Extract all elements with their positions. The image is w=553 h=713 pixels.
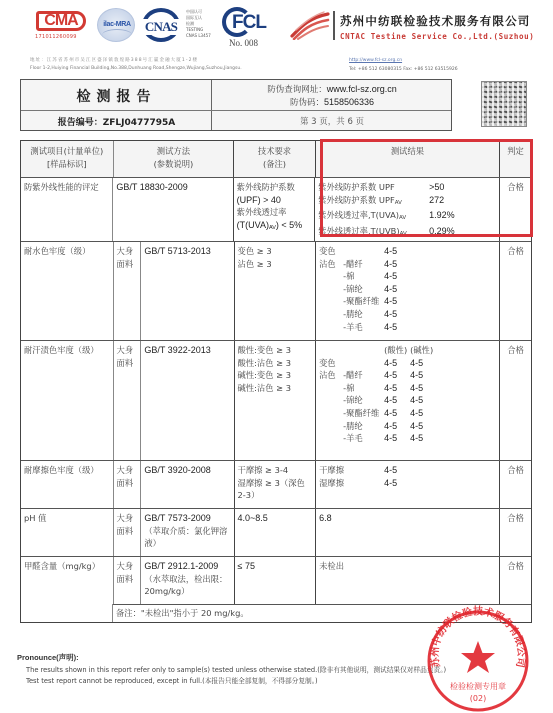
result-value [410,308,436,321]
result-fiber [343,245,384,258]
result-category [319,283,343,296]
requirement-line: 酸性:变色 ≥ 3 [238,344,313,357]
contact-info: Tel: +86 512 63080315 Fax: +86 512 63515… [349,67,458,72]
ilac-mra-logo: ilac-MRA [97,8,135,42]
result-category [319,432,343,445]
result-value: 1.92% [429,209,499,225]
result-value: 4-5 [384,382,410,395]
result-value: 4-5 [410,382,436,395]
result-value: 4-5 [384,394,410,407]
result-label: 紫外线防护系数 UPF [318,181,429,194]
result-value: 272 [429,194,499,210]
result-value [410,245,436,258]
verdict: 合格 [499,178,531,241]
result-value: 4-5 [384,283,410,296]
report-title: 检测报告 [21,86,212,106]
result-fiber: -腈纶 [343,308,384,321]
result-category [319,270,343,283]
result-category: 沾色 [319,369,343,382]
result-label: 紫外线透过率,T(UVB)AV [318,225,429,241]
result-fiber: -聚酯纤维 [343,295,384,308]
table-row: 耐汗渍色牢度（级） 大身面料 GB/T 3922-2013 酸性:变色 ≥ 3酸… [21,340,531,460]
header-method: 测试方法(参数说明) [113,141,234,177]
result-category [319,420,343,433]
result-value: 4-5 [384,308,410,321]
company-name-cn: 苏州中纺联检验技术服务有限公司 [340,13,531,29]
result-value: 4-5 [384,477,454,490]
result-value [410,321,436,334]
verdict: 合格 [499,557,531,604]
result-category [319,321,343,334]
requirement-line: 酸性:沾色 ≥ 3 [238,357,313,370]
cma-logo: CMA 171011260099 [36,11,86,37]
table-row: 防紫外线性能的评定 GB/T 18830-2009 紫外线防护系数 (UPF) … [21,177,531,241]
subscript: AV [395,200,402,206]
subscript: AV [400,231,407,237]
result-value: 0.29% [429,225,499,241]
disclaimer-line-2: Test test report cannot be reproduced, e… [26,675,318,685]
result-value: 4-5 [384,432,410,445]
result-category [319,394,343,407]
result-fiber: -羊毛 [343,321,384,334]
result-label: 干摩擦 [319,464,384,477]
result-value: 4-5 [410,420,436,433]
column-header: (碱性) [410,344,436,357]
requirement-line: 碱性:沾色 ≥ 3 [238,382,313,395]
result-category: 变色 [319,245,343,258]
result-value [410,283,436,296]
report-number: 报告编号：ZFLJ0477795A [21,115,212,128]
requirement-line: 沾色 ≥ 3 [238,258,313,271]
cnas-accreditation-text: 中国认可 国际互认 检测 TESTING CNAS L3457 [186,9,211,39]
page-indicator: 第 3 页，共 6 页 [212,115,452,127]
table-row: 耐水色牢度（级） 大身面料 GB/T 5713-2013 变色 ≥ 3沾色 ≥ … [21,241,531,340]
column-header: (酸性) [384,344,410,357]
address-cn: 地址：江苏省苏州市吴江区盛泽镇敦煌路388号汇赢金融大厦1-2楼 [30,57,198,63]
result-label: 湿摩擦 [319,477,384,490]
website-link[interactable]: http://www.fcl-sz.org.cn [349,58,402,63]
uv-results: 紫外线防护系数 UPF>50紫外线防护系数 UPFAV272紫外线透过率,T(U… [314,178,499,241]
result-category [319,382,343,395]
company-name-en: CNTAC Testine Service Co.,Ltd.(Suzhou) [340,32,534,41]
result-value [410,258,436,271]
result-value: 4-5 [384,321,410,334]
fcl-number: No. 008 [229,38,258,48]
cma-number: 171011260099 [35,34,77,40]
verdict: 合格 [499,461,531,508]
star-icon [461,641,495,673]
result-fiber [343,357,384,370]
result-fiber: -棉 [343,270,384,283]
result-value [410,295,436,308]
result-value: 4-5 [410,394,436,407]
requirement-line: 湿摩擦 ≥ 3（深色 2-3） [238,477,313,502]
result-value: 4-5 [384,295,410,308]
result-fiber: -腈纶 [343,420,384,433]
requirement-line: 碱性:变色 ≥ 3 [238,369,313,382]
result-value: 4-5 [384,464,454,477]
cntac-swoosh-icon [290,10,330,40]
result-category [319,407,343,420]
verification-info: 防伪查询网址：www.fcl-sz.org.cn 防伪码：5158506336 [212,83,452,109]
result-value: 4-5 [410,369,436,382]
header-result: 测试结果 [315,141,499,177]
result-value: >50 [429,181,499,194]
requirement-line: 变色 ≥ 3 [238,245,313,258]
table-row: pH 值 大身面料 GB/T 7573-2009（萃取介质：氯化钾溶液） 4.0… [21,508,531,556]
pronounce-label: Pronounce(声明): [17,652,79,663]
subscript: AV [399,215,406,221]
result-category [319,295,343,308]
result-value: 4-5 [410,407,436,420]
result-category: 沾色 [319,258,343,271]
table-row: 甲醛含量（mg/kg） 大身面料 GB/T 2912.1-2009（水萃取法，检… [21,556,531,604]
cell-text [319,344,343,357]
result-fiber: -醋纤 [343,258,384,271]
result-label: 紫外线防护系数 UPFAV [318,194,429,210]
result-category: 变色 [319,357,343,370]
result-fiber: -聚酯纤维 [343,407,384,420]
cell-text [343,344,384,357]
cnas-logo: CNAS [142,8,180,42]
result-fiber: -锦纶 [343,283,384,296]
result-value: 4-5 [410,432,436,445]
result-value: 4-5 [384,357,410,370]
result-value [410,270,436,283]
letterhead: CMA 171011260099 ilac-MRA CNAS 中国认可 国际互认… [0,0,553,50]
result-value: 4-5 [384,420,410,433]
official-seal-stamp: 苏州中纺联检验技术服务有限公司 检验检测专用章 (02) [423,605,533,713]
verdict: 合格 [499,509,531,556]
table-row: 耐摩擦色牢度（级） 大身面料 GB/T 3920-2008 干摩擦 ≥ 3-4湿… [21,460,531,508]
header-item: 测试项目(计量单位)[样品标识] [21,141,113,177]
address-en: Floor 1-2,Huiying Financial Building,No.… [30,66,242,71]
result-value: 4-5 [384,369,410,382]
verdict: 合格 [499,242,531,340]
result-fiber: -棉 [343,382,384,395]
result-fiber: -醋纤 [343,369,384,382]
result-value: 4-5 [384,407,410,420]
test-results-table: 测试项目(计量单位)[样品标识] 测试方法(参数说明) 技术要求(备注) 测试结… [20,140,532,623]
verify-code: 5158506336 [324,97,374,107]
svg-text:(02): (02) [470,694,486,703]
verdict: 合格 [499,341,531,460]
verify-url[interactable]: www.fcl-sz.org.cn [327,84,397,94]
table-header-row: 测试项目(计量单位)[样品标识] 测试方法(参数说明) 技术要求(备注) 测试结… [21,141,531,177]
requirement-line: 干摩擦 ≥ 3-4 [238,464,313,477]
report-title-block: 检测报告 报告编号：ZFLJ0477795A 防伪查询网址：www.fcl-sz… [20,79,452,131]
disclaimer-line-1: The results shown in this report refer o… [26,664,446,674]
result-fiber: -羊毛 [343,432,384,445]
svg-text:检验检测专用章: 检验检测专用章 [450,681,506,691]
fcl-logo: FCL No. 008 [220,4,270,48]
result-value: 4-5 [384,258,410,271]
result-value: 4-5 [384,245,410,258]
result-value: 4-5 [384,270,410,283]
qr-code[interactable] [481,81,527,127]
result-value: 4-5 [410,357,436,370]
company-logo: 苏州中纺联检验技术服务有限公司 CNTAC Testine Service Co… [290,8,550,44]
header-requirement: 技术要求(备注) [233,141,315,177]
result-category [319,308,343,321]
result-label: 紫外线透过率,T(UVA)AV [318,209,429,225]
result-fiber: -锦纶 [343,394,384,407]
header-verdict: 判定 [499,141,531,177]
